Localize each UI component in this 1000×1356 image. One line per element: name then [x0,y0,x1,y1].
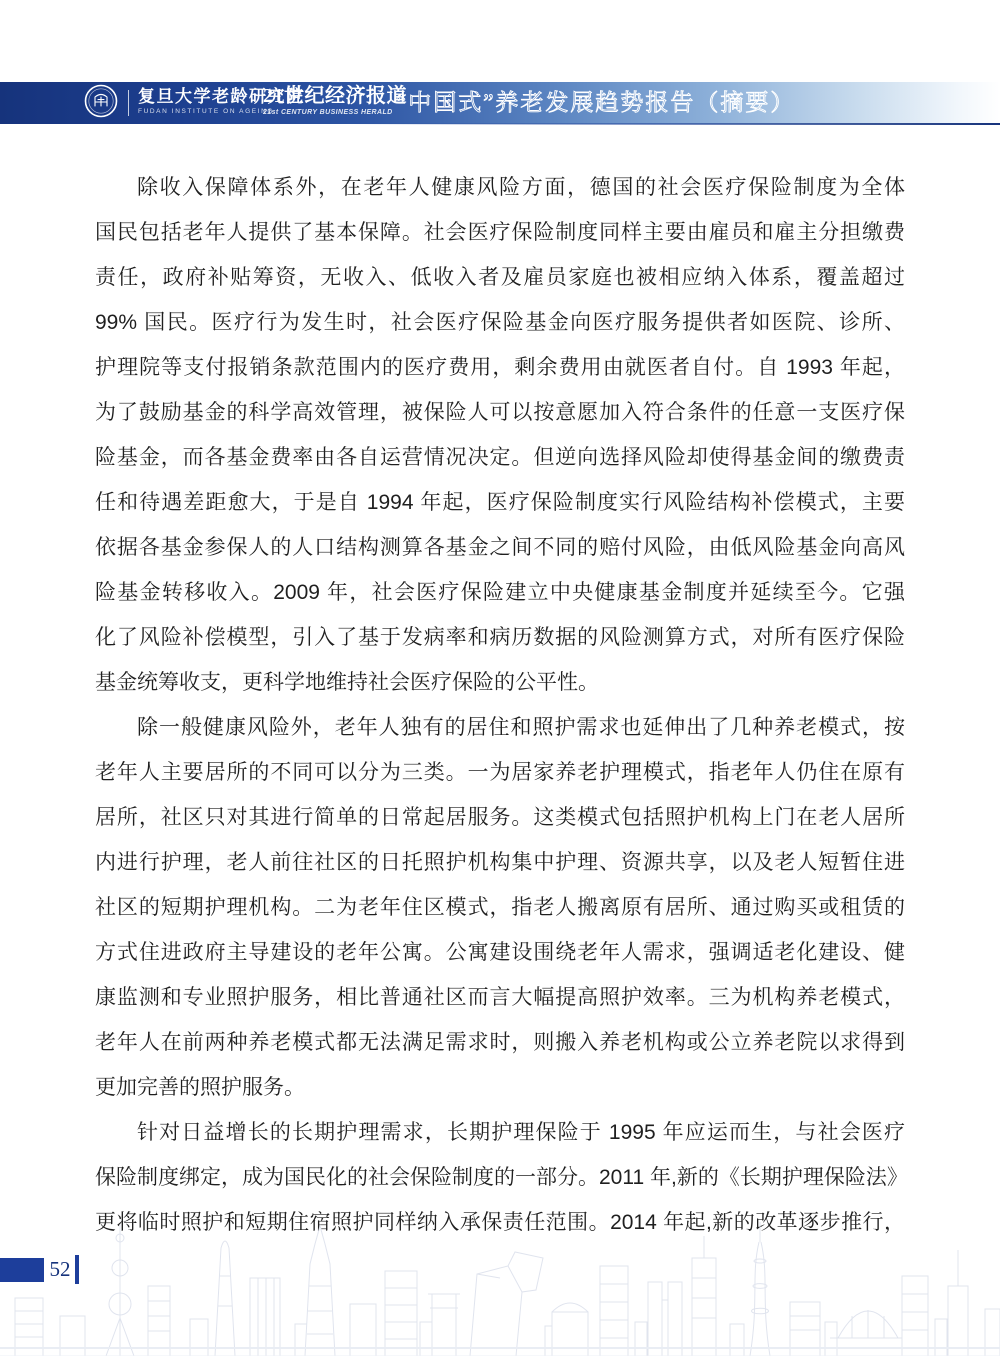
media-block: 21世纪经济报道 21st CENTURY BUSINESS HERALD [263,85,407,118]
header-divider [128,90,129,116]
body-text-line: 除一般健康风险外，老年人独有的居住和照护需求也延伸出了几种养老模式，按 [95,705,905,750]
fudan-seal-icon [84,84,118,118]
body-text-line: 任和待遇差距愈大，于是自 1994 年起，医疗保险制度实行风险结构补偿模式，主要 [95,480,905,525]
media-name-en: 21st CENTURY BUSINESS HERALD [263,108,407,118]
body-text-line: 依据各基金参保人的人口结构测算各基金之间不同的赔付风险，由低风险基金向高风 [95,525,905,570]
body-text-line: 居所，社区只对其进行简单的日常起居服务。这类模式包括照护机构上门在老人居所 [95,795,905,840]
body-text-line: 康监测和专业照护服务，相比普通社区而言大幅提高照护效率。三为机构养老模式， [95,975,905,1020]
report-title: “中国式”养老发展趋势报告（摘要） [396,88,795,118]
body-text-line: 老年人主要居所的不同可以分为三类。一为居家养老护理模式，指老年人仍住在原有 [95,750,905,795]
body-text-line: 国民包括老年人提供了基本保障。社会医疗保险制度同样主要由雇员和雇主分担缴费 [95,210,905,255]
body-text-line: 针对日益增长的长期护理需求，长期护理保险于 1995 年应运而生，与社会医疗 [95,1110,905,1155]
body-text-line: 险基金，而各基金费率由各自运营情况决定。但逆向选择风险却使得基金间的缴费责 [95,435,905,480]
body-text-line: 护理院等支付报销条款范围内的医疗费用，剩余费用由就医者自付。自 1993 年起， [95,345,905,390]
body-text-line: 化了风险补偿模型，引入了基于发病率和病历数据的风险测算方式，对所有医疗保险 [95,615,905,660]
body-text-line: 99% 国民。医疗行为发生时，社会医疗保险基金向医疗服务提供者如医院、诊所、 [95,300,905,345]
body-text-line: 老年人在前两种养老模式都无法满足需求时，则搬入养老机构或公立养老院以求得到 [95,1020,905,1065]
body-text-line: 基金统筹收支，更科学地维持社会医疗保险的公平性。 [95,660,905,705]
media-name-cn: 21世纪经济报道 [263,85,407,108]
body-text-line: 为了鼓励基金的科学高效管理，被保险人可以按意愿加入符合条件的任意一支医疗保 [95,390,905,435]
body-text: 除收入保障体系外，在老年人健康风险方面，德国的社会医疗保险制度为全体国民包括老年… [95,165,905,1245]
header-band: 复旦大学老龄研究院 FUDAN INSTITUTE ON AGEING 21世纪… [0,82,1000,124]
city-skyline-art [0,1216,1000,1356]
body-text-line: 保险制度绑定，成为国民化的社会保险制度的一部分。2011 年,新的《长期护理保险… [95,1155,905,1200]
page-number-box [0,1258,44,1282]
body-text-line: 方式住进政府主导建设的老年公寓。公寓建设围绕老年人需求，强调适老化建设、健 [95,930,905,975]
body-text-line: 社区的短期护理机构。二为老年住区模式，指老人搬离原有居所、通过购买或租赁的 [95,885,905,930]
body-text-line: 责任，政府补贴筹资，无收入、低收入者及雇员家庭也被相应纳入体系，覆盖超过 [95,255,905,300]
page-number: 52 [47,1254,73,1284]
body-text-line: 险基金转移收入。2009 年，社会医疗保险建立中央健康基金制度并延续至今。它强 [95,570,905,615]
body-text-line: 除收入保障体系外，在老年人健康风险方面，德国的社会医疗保险制度为全体 [95,165,905,210]
body-text-line: 内进行护理，老人前往社区的日托照护机构集中护理、资源共享，以及老人短暂住进 [95,840,905,885]
page-number-tick [75,1255,79,1284]
body-text-line: 更加完善的照护服务。 [95,1065,905,1110]
